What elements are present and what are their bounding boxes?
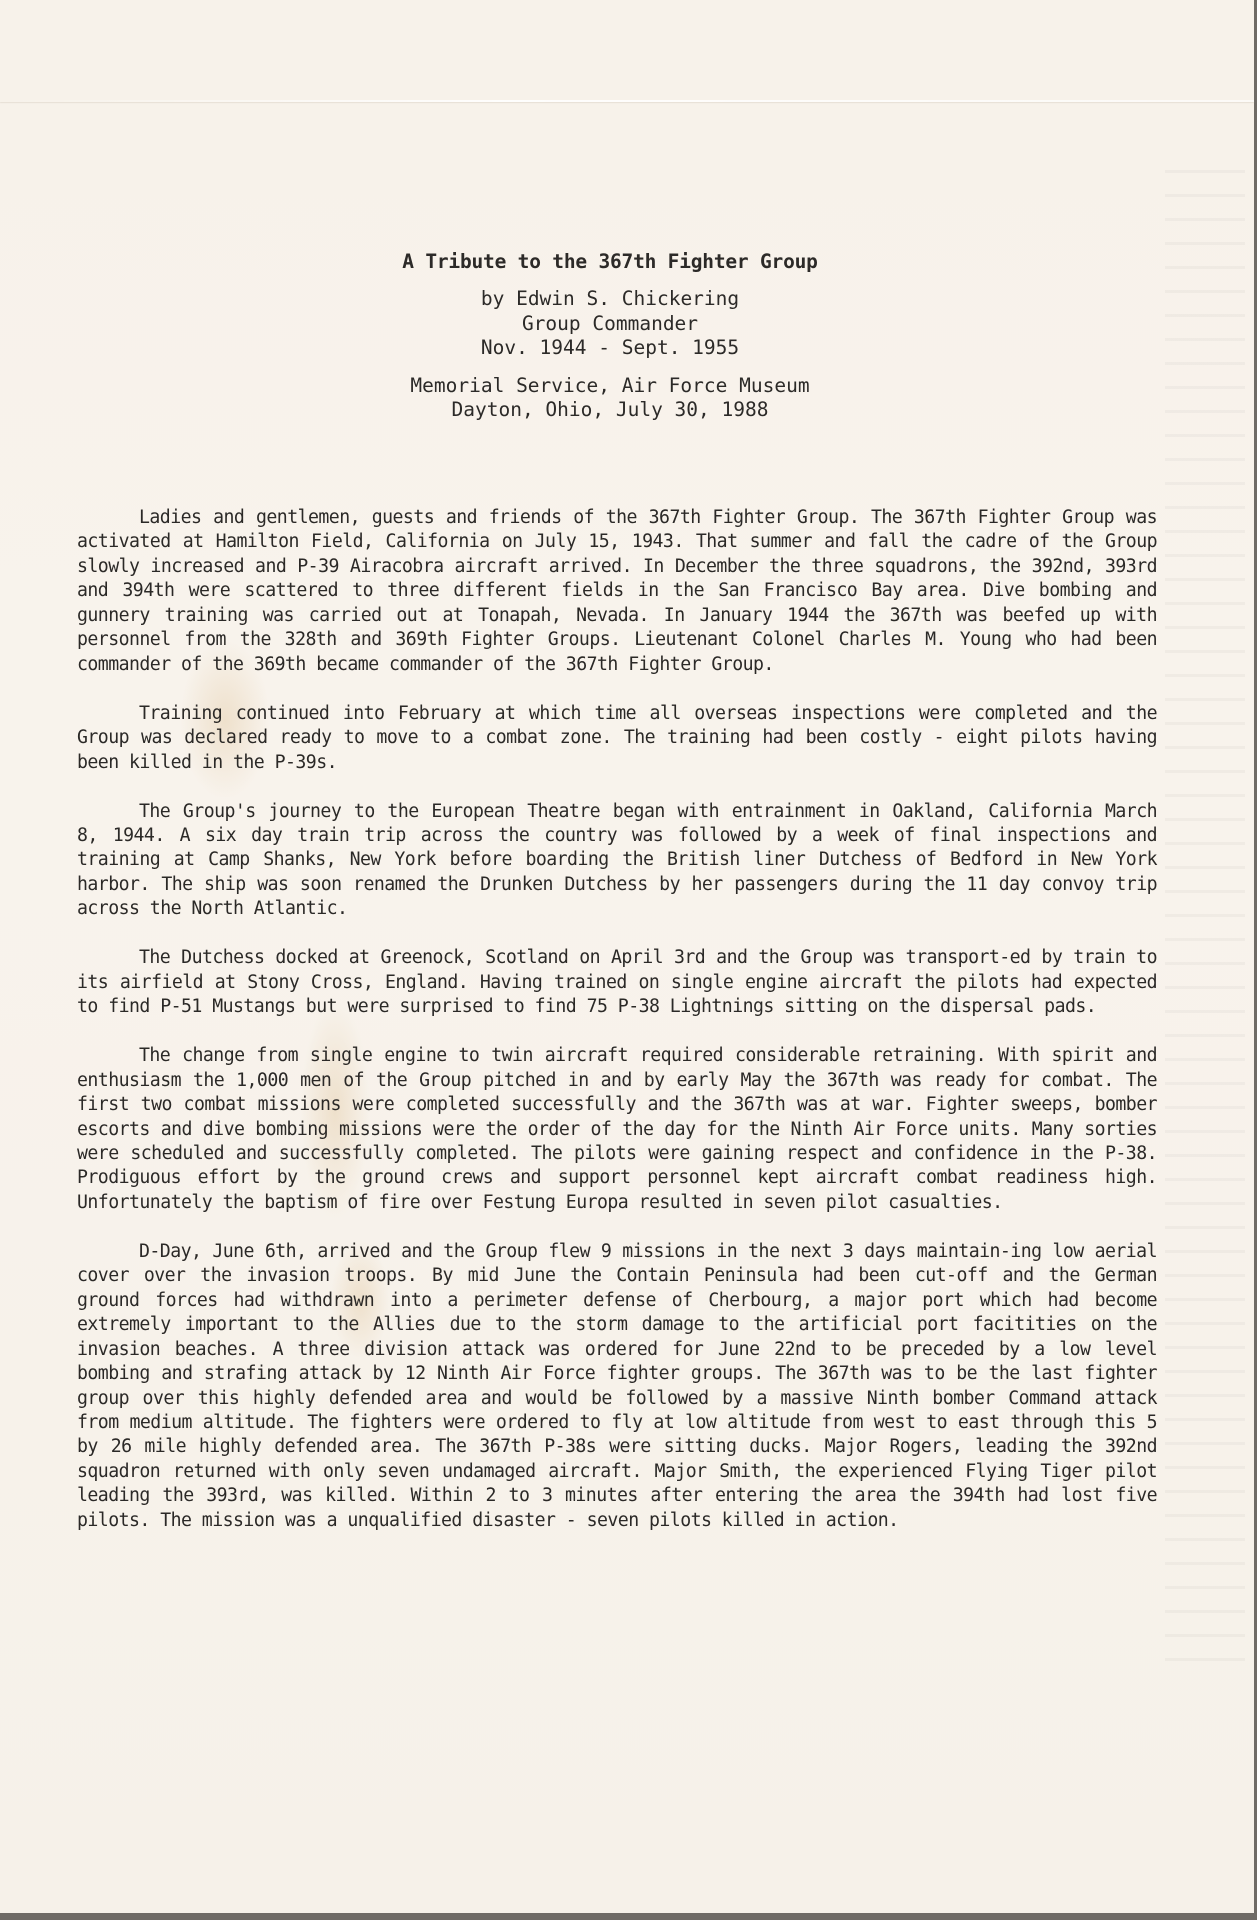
byline-block: by Edwin S. Chickering Group Commander N…	[0, 287, 1220, 361]
paragraph-retraining: The change from single engine to twin ai…	[77, 1044, 1157, 1215]
document-body: Ladies and gentlemen, guests and friends…	[77, 506, 1157, 1558]
document-title: A Tribute to the 367th Fighter Group	[0, 250, 1220, 273]
paper-fold-crease	[0, 100, 1254, 102]
event-name: Memorial Service, Air Force Museum	[0, 374, 1220, 399]
event-location-date: Dayton, Ohio, July 30, 1988	[0, 398, 1220, 423]
paragraph-d-day: D-Day, June 6th, arrived and the Group f…	[77, 1240, 1157, 1533]
paragraph-arrival: The Dutchess docked at Greenock, Scotlan…	[77, 946, 1157, 1019]
document-header: A Tribute to the 367th Fighter Group by …	[0, 250, 1220, 423]
author-role: Group Commander	[0, 312, 1220, 337]
paragraph-journey: The Group's journey to the European Thea…	[77, 800, 1157, 922]
author-tenure: Nov. 1944 - Sept. 1955	[0, 336, 1220, 361]
paragraph-training: Training continued into February at whic…	[77, 702, 1157, 775]
event-block: Memorial Service, Air Force Museum Dayto…	[0, 374, 1220, 423]
paragraph-activation: Ladies and gentlemen, guests and friends…	[77, 506, 1157, 677]
scanner-bed-edge	[0, 1913, 1257, 1920]
scanned-page: A Tribute to the 367th Fighter Group by …	[0, 0, 1254, 1913]
author-name: by Edwin S. Chickering	[0, 287, 1220, 312]
